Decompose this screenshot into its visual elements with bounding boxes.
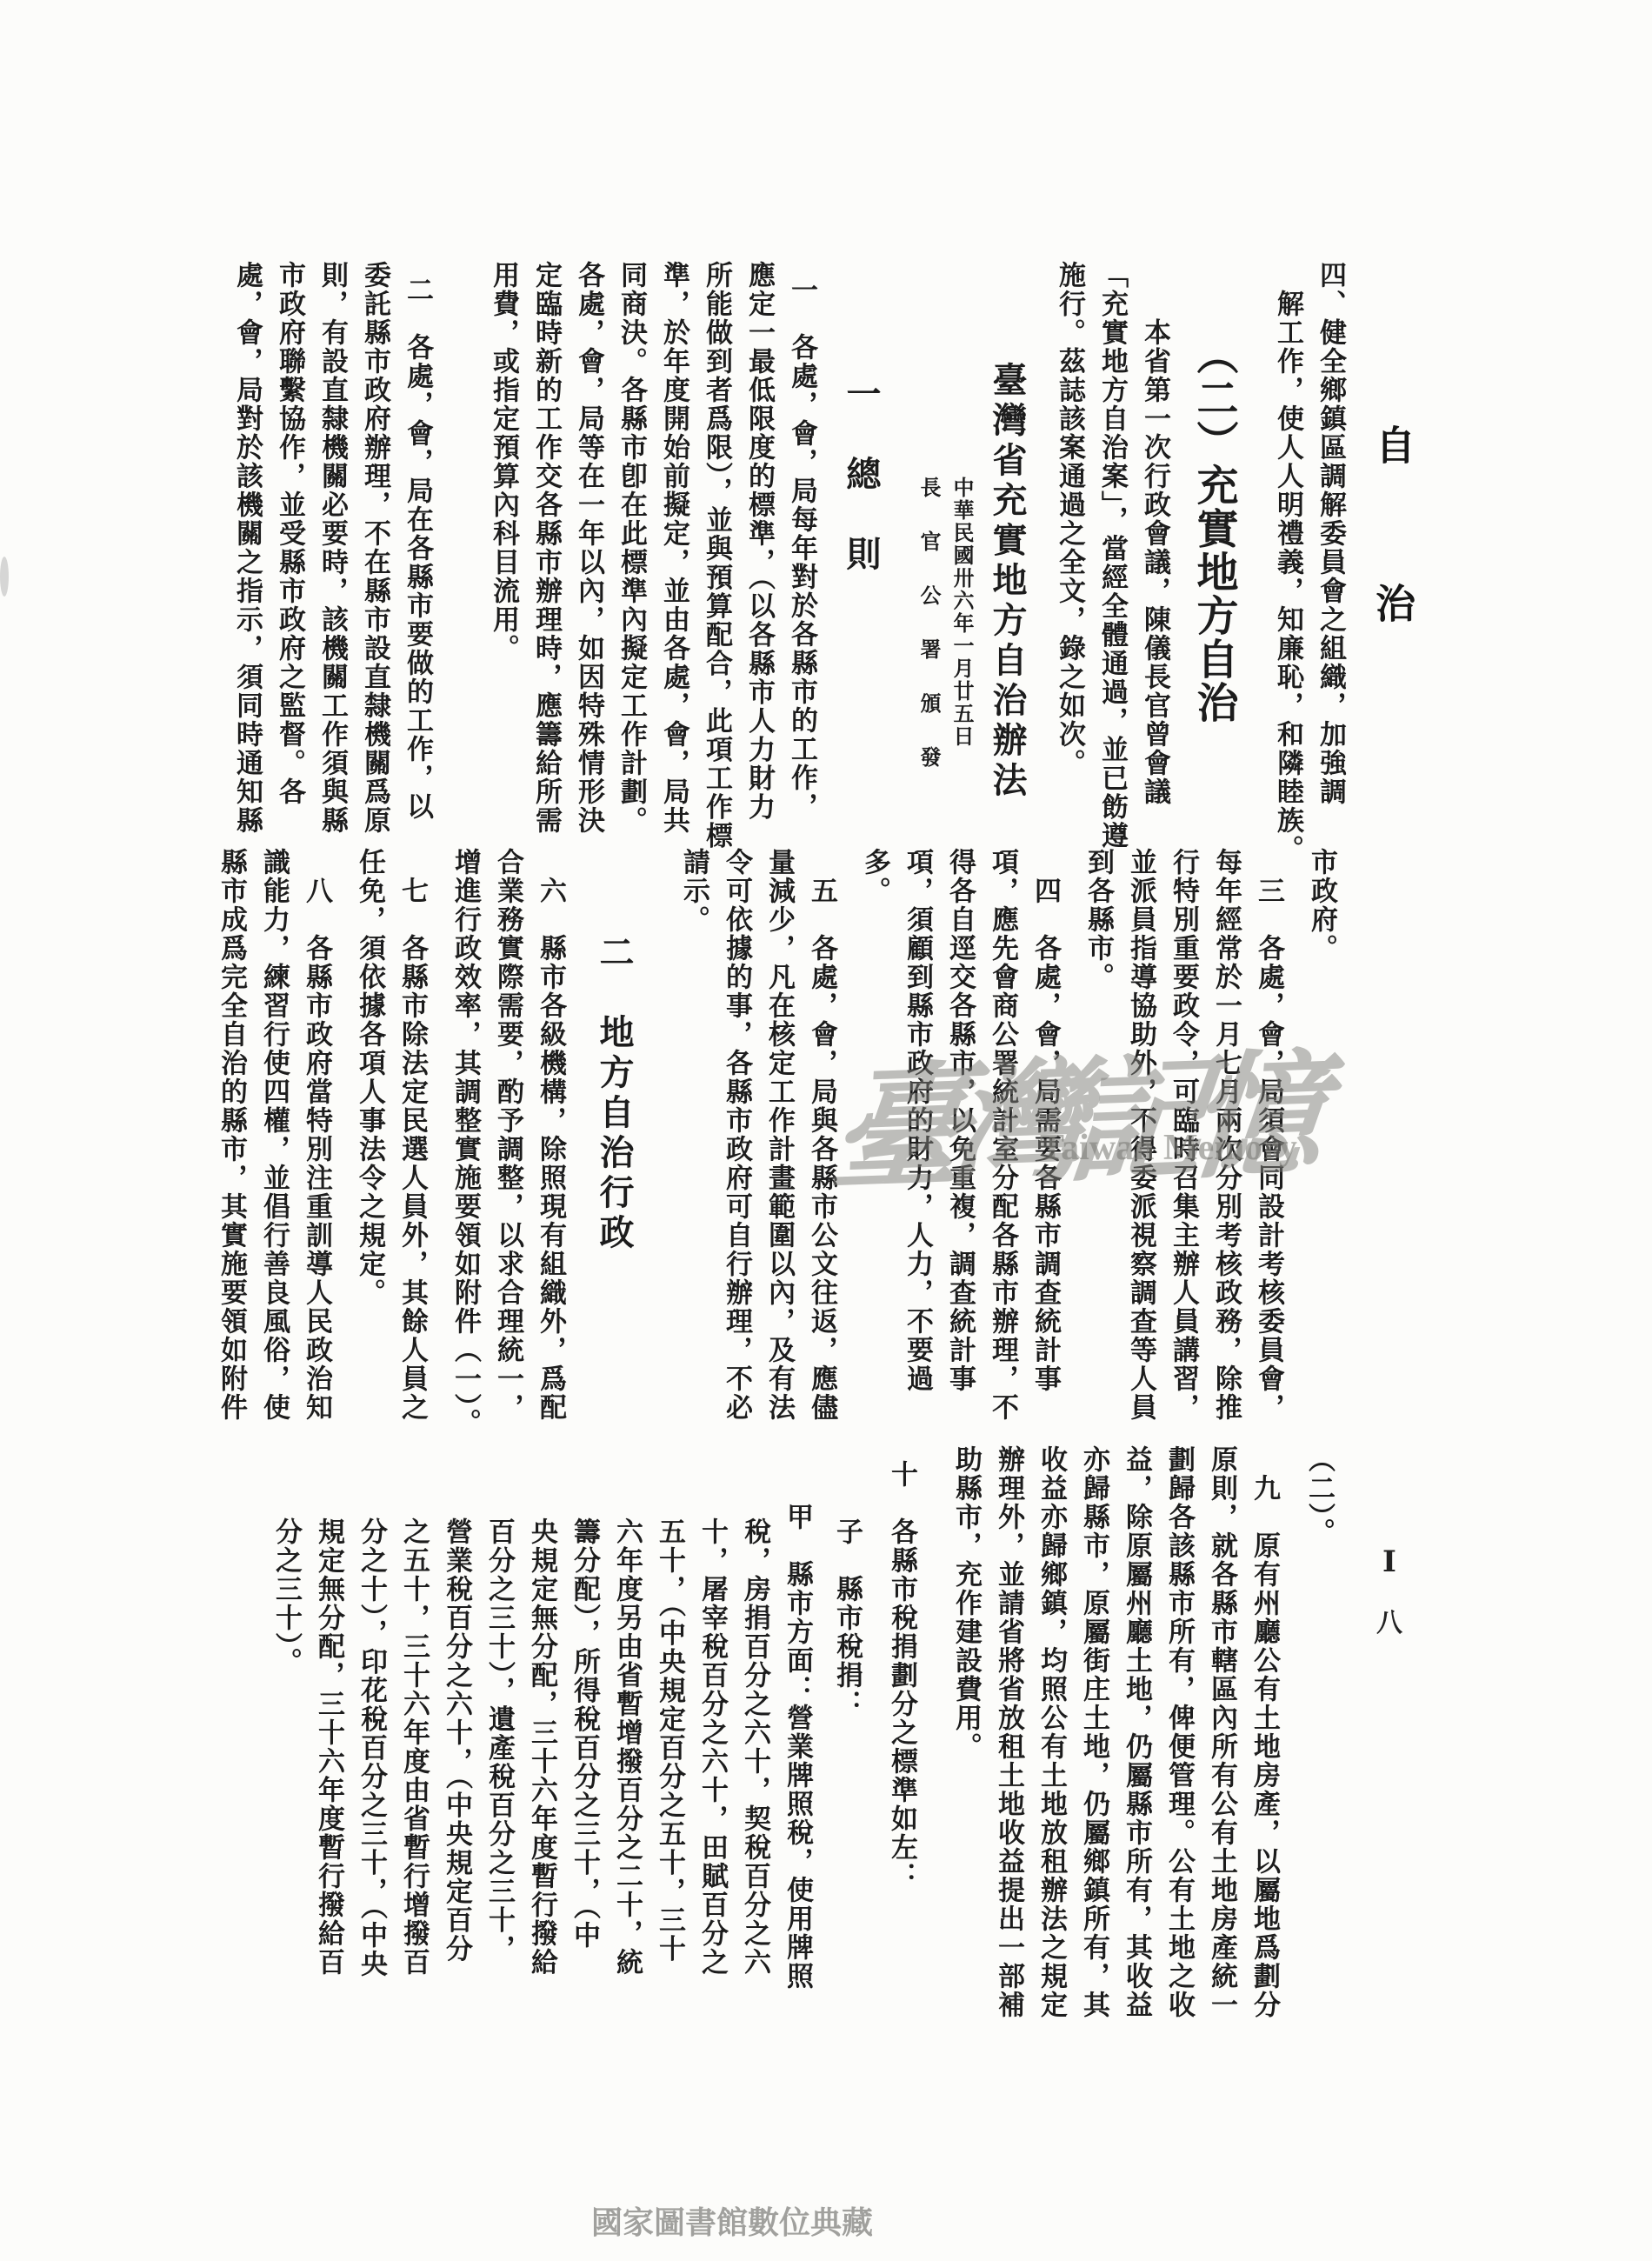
text-column: 辦理外，並請省將省放租土地收益提出一部補: [988, 1445, 1030, 2045]
text-column: 二 地方自治行政: [590, 848, 638, 1435]
text-column: 得各自逕交各縣市，以免重複，調查統計事: [939, 848, 982, 1435]
text-column: 施行。茲誌該案通過之全文，錄之如次。: [1049, 261, 1091, 835]
text-column: 本省第一次行政會議，陳儀長官曾會議: [1134, 261, 1176, 835]
text-column: 原則，就各縣市轄區內所有公有土地房產統一: [1201, 1445, 1243, 2045]
text-column: 八 各縣市政府當特別注重訓導人民政治知: [296, 848, 338, 1435]
text-column: 合業務實際需要，酌予調整，以求合理統一，: [487, 848, 530, 1435]
text-column: 五十，（中央規定百分之五十，三十: [649, 1445, 691, 2045]
text-column: 九 原有州廳公有土地房產，以屬地爲劃分: [1243, 1445, 1286, 2045]
text-column: 十，屠宰稅百分之六十，田賦百分之: [691, 1445, 734, 2045]
text-column: 「充實地方自治案」，當經全體通過，並已飭遵: [1091, 261, 1134, 835]
text-column: （二）充實地方自治: [1185, 261, 1241, 835]
text-column: 三 各處，會，局須會同設計考核委員會，: [1248, 848, 1290, 1435]
text-column: 百分之三十），遺產稅百分之三十，: [478, 1445, 521, 2045]
text-column: 劃歸各該縣市所有，俾便管理。公有土地之收: [1158, 1445, 1201, 2045]
text-column: 收益亦歸鄉鎮，均照公有土地放租辦法之規定: [1030, 1445, 1073, 2045]
scanned-gazette-page: 自治 Ⅰ 八 四、健全鄉鎮區調解委員會之組織，加強調解工作，使人人明禮義，知廉恥…: [0, 0, 1652, 2261]
text-column: 項，須顧到縣市政府的財力，人力，不要過: [896, 848, 939, 1435]
text-column: 多。: [854, 848, 896, 1435]
text-column: 委託縣市政府辦理，不在縣市設直隸機關爲原: [354, 261, 396, 835]
text-band-bottom: （二）。九 原有州廳公有土地房產，以屬地爲劃分原則，就各縣市轄區內所有公有土地房…: [265, 1445, 1341, 2045]
text-column: 增進行政效率，其調整實施要領如附件（一）。: [444, 848, 487, 1435]
text-column: 十 各縣市稅捐劃分之標準如左：: [881, 1445, 923, 2045]
text-column: 營業稅百分之六十，（中央規定百分: [436, 1445, 478, 2045]
text-column: 準，於年度開始前擬定，並由各處，會，局共: [653, 261, 696, 835]
text-column: 四 各處，會，局需要各縣市調查統計事: [1024, 848, 1067, 1435]
archive-footer: 國家圖書館數位典藏: [591, 2198, 873, 2243]
text-column: 一 總 則: [836, 261, 885, 835]
text-column: 籌分配），所得稅百分之三十，（中: [563, 1445, 606, 2045]
text-column: 七 各縣市除法定民選人員外，其餘人員之: [391, 848, 434, 1435]
text-column: 用費，或指定預算內科目流用。: [483, 261, 525, 835]
text-column: 同商決。各縣市卽在此標準內擬定工作計劃。: [610, 261, 653, 835]
scan-smudge: [0, 557, 9, 597]
text-column: 之五十，三十六年度由省暫行增撥百: [393, 1445, 436, 2045]
text-column: 行特別重要政令，可臨時召集主辦人員講習，: [1162, 848, 1205, 1435]
page-number: Ⅰ 八: [1370, 1546, 1409, 1638]
text-column: 助縣市，充作建設費用。: [945, 1445, 988, 2045]
text-column: 解工作，使人人明禮義，知廉恥，和隣睦族。: [1267, 261, 1309, 835]
text-column: 識能力，練習行使四權，並倡行善良風俗，使: [253, 848, 296, 1435]
text-column: 稅，房捐百分之六十，契稅百分之六: [734, 1445, 776, 2045]
text-column: 分之三十）。: [265, 1445, 308, 2045]
running-header: 自治: [1363, 424, 1421, 741]
text-column: 甲 縣市方面：營業牌照稅，使用牌照: [776, 1445, 819, 2045]
text-column: 中華民國卅六年一月廿五日: [944, 261, 977, 835]
text-column: 到各縣市。: [1077, 848, 1120, 1435]
text-column: 項，應先會商公署統計室分配各縣市辦理，不: [982, 848, 1024, 1435]
text-column: 請示。: [673, 848, 716, 1435]
text-column: 量減少，凡在核定工作計畫範圍以內，及有法: [758, 848, 801, 1435]
text-column: 分之十），印花稅百分之三十，（中央: [350, 1445, 393, 2045]
text-column: 處，會，局對於該機關之指示，須同時通知縣: [226, 261, 269, 835]
text-column: 市政府。: [1301, 848, 1343, 1435]
text-column: 市政府聯繫協作，並受縣市政府之監督。各: [269, 261, 311, 835]
text-column: 每年經常於一月七月兩次分別考核政務，除推: [1205, 848, 1248, 1435]
page-number-roman: Ⅰ: [1370, 1546, 1409, 1579]
text-column: 定臨時新的工作交各縣市辦理時，應籌給所需: [525, 261, 568, 835]
text-column: 一 各處，會，局每年對於各縣市的工作，: [781, 261, 823, 835]
text-column: 臺灣省充實地方自治辦法: [983, 261, 1031, 835]
text-column: 各處，會，局等在一年以內，如因特殊情形決: [568, 261, 610, 835]
text-band-top: 四、健全鄉鎮區調解委員會之組織，加強調解工作，使人人明禮義，知廉恥，和隣睦族。（…: [226, 261, 1352, 835]
text-column: 六年度另由省暫增撥百分之二十，統: [606, 1445, 649, 2045]
text-column: 所能做到者爲限），並與預算配合，此項工作標: [696, 261, 738, 835]
text-column: 四、健全鄉鎮區調解委員會之組織，加強調: [1309, 261, 1352, 835]
text-column: 六 縣市各級機構，除照現有組織外，爲配: [530, 848, 572, 1435]
text-column: 央規定無分配，三十六年度暫行撥給: [521, 1445, 563, 2045]
text-column: （二）。: [1298, 1445, 1341, 2045]
text-column: 益，除原屬州廳土地，仍屬縣市所有，其收益: [1116, 1445, 1158, 2045]
text-column: 縣市成爲完全自治的縣市，其實施要領如附件: [210, 848, 253, 1435]
text-column: 二 各處，會，局在各縣市要做的工作，以: [396, 261, 439, 835]
text-column: 應定一最低限度的標準，（以各縣市人力財力: [738, 261, 781, 835]
text-column: 則，有設直隸機關必要時，該機關工作須與縣: [311, 261, 354, 835]
text-column: 長官公署頒發: [911, 261, 944, 835]
text-column: 令可依據的事，各縣市政府可自行辦理，不必: [716, 848, 758, 1435]
text-column: 五 各處，會，局與各縣市公文往返，應儘: [801, 848, 843, 1435]
text-column: 任免，須依據各項人事法令之規定。: [349, 848, 391, 1435]
page-number-han: 八: [1370, 1609, 1409, 1638]
text-column: 規定無分配，三十六年度暫行撥給百: [308, 1445, 350, 2045]
text-band-middle: 市政府。三 各處，會，局須會同設計考核委員會，每年經常於一月七月兩次分別考核政務…: [210, 848, 1343, 1435]
text-column: 子 縣市稅捐：: [826, 1445, 869, 2045]
text-column: 並派員指導協助外，不得委派視察調查等人員: [1120, 848, 1162, 1435]
text-column: 亦歸縣市，原屬街庄土地，仍屬鄉鎮所有，其: [1073, 1445, 1116, 2045]
